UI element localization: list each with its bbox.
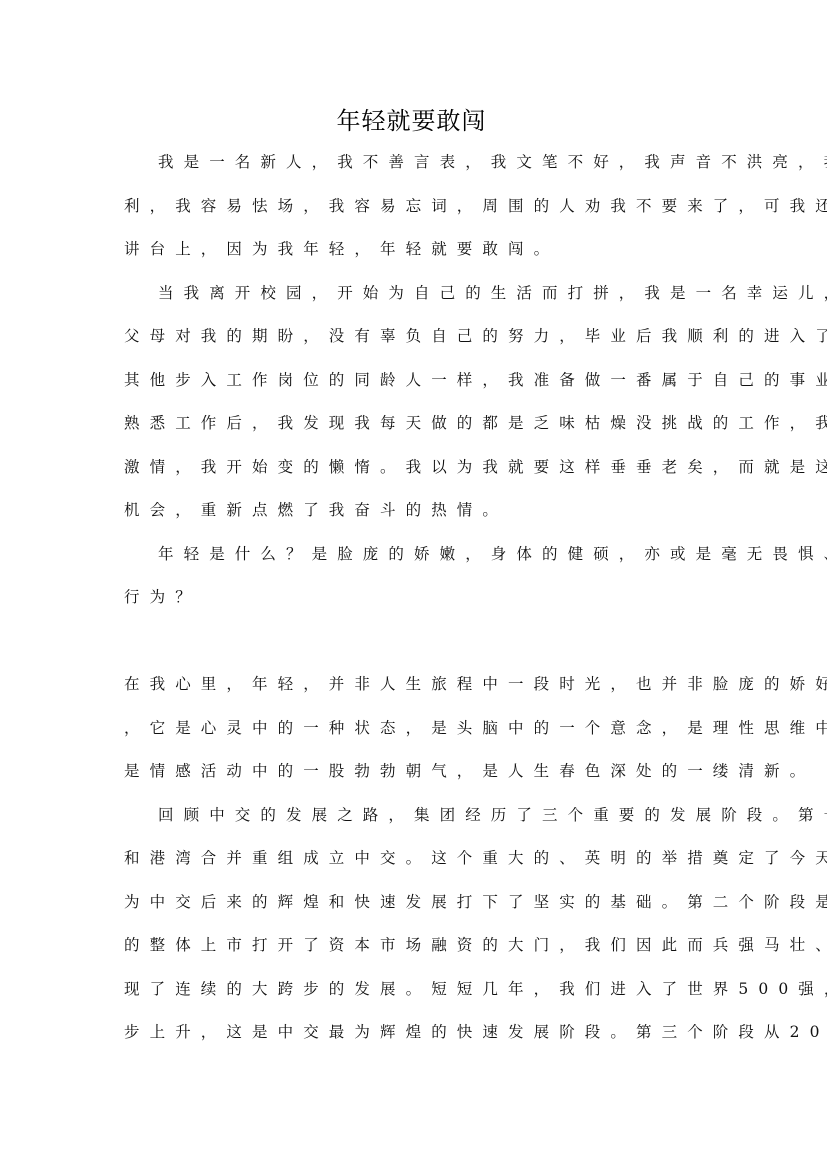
paragraph-5-line-6: 步上升，这是中交最为辉煌的快速发展阶段。第三个阶段从2011年底开始，国	[124, 1011, 704, 1055]
paragraph-4-line-1: 在我心里，年轻，并非人生旅程中一段时光，也并非脸庞的娇好和体魄的娇健	[124, 663, 704, 707]
paragraph-2-line-5: 激情，我开始变的懒惰。我以为我就要这样垂垂老矣，而就是这样一次比赛的	[124, 446, 704, 490]
document-body: 我是一名新人，我不善言表，我文笔不好，我声音不洪亮，我普通话不流 利，我容易怯场…	[124, 141, 704, 1055]
paragraph-5-line-5: 现了连续的大跨步的发展。短短几年，我们进入了世界500强，并且排名逐年稳	[124, 968, 704, 1012]
paragraph-2-line-4: 熟悉工作后，我发现我每天做的都是乏味枯燥没挑战的工作，我的生活不再有	[124, 402, 704, 446]
paragraph-2-line-1: 当我离开校园，开始为自己的生活而打拼，我是一名幸运儿，我没有辜负	[124, 272, 704, 316]
document-title: 年轻就要敢闯	[0, 106, 825, 136]
paragraph-5-line-1: 回顾中交的发展之路，集团经历了三个重要的发展阶段。第一阶段是路桥	[124, 794, 704, 838]
paragraph-3-line-2: 行为？	[124, 576, 704, 620]
paragraph-1-line-1: 我是一名新人，我不善言表，我文笔不好，我声音不洪亮，我普通话不流	[124, 141, 704, 185]
paragraph-5-line-2: 和港湾合并重组成立中交。这个重大的、英明的举措奠定了今天中交的地位，	[124, 837, 704, 881]
document-page: 年轻就要敢闯 我是一名新人，我不善言表，我文笔不好，我声音不洪亮，我普通话不流 …	[0, 0, 827, 1170]
paragraph-2-line-6: 机会，重新点燃了我奋斗的热情。	[124, 489, 704, 533]
paragraph-3-line-1: 年轻是什么？是脸庞的娇嫩，身体的健硕，亦或是毫无畏惧、敢穿敢做的	[124, 533, 704, 577]
paragraph-4-line-3: 是情感活动中的一股勃勃朝气，是人生春色深处的一缕清新。	[124, 750, 704, 794]
paragraph-2-line-2: 父母对我的期盼，没有辜负自己的努力，毕业后我顺利的进入了车辆公司，和	[124, 315, 704, 359]
paragraph-1-line-3: 讲台上，因为我年轻，年轻就要敢闯。	[124, 228, 704, 272]
paragraph-5-line-4: 的整体上市打开了资本市场融资的大门，我们因此而兵强马壮、粮草充足，实	[124, 924, 704, 968]
paragraph-1-line-2: 利，我容易怯场，我容易忘词，周围的人劝我不要来了，可我还是站在这个演	[124, 185, 704, 229]
blank-line	[124, 620, 704, 664]
paragraph-5-line-3: 为中交后来的辉煌和快速发展打下了坚实的基础。第二个阶段是中交敢为人先	[124, 881, 704, 925]
paragraph-2-line-3: 其他步入工作岗位的同龄人一样，我准备做一番属于自己的事业，可当我开始	[124, 359, 704, 403]
paragraph-4-line-2: ，它是心灵中的一种状态，是头脑中的一个意念，是理性思维中的创造潜力，	[124, 707, 704, 751]
